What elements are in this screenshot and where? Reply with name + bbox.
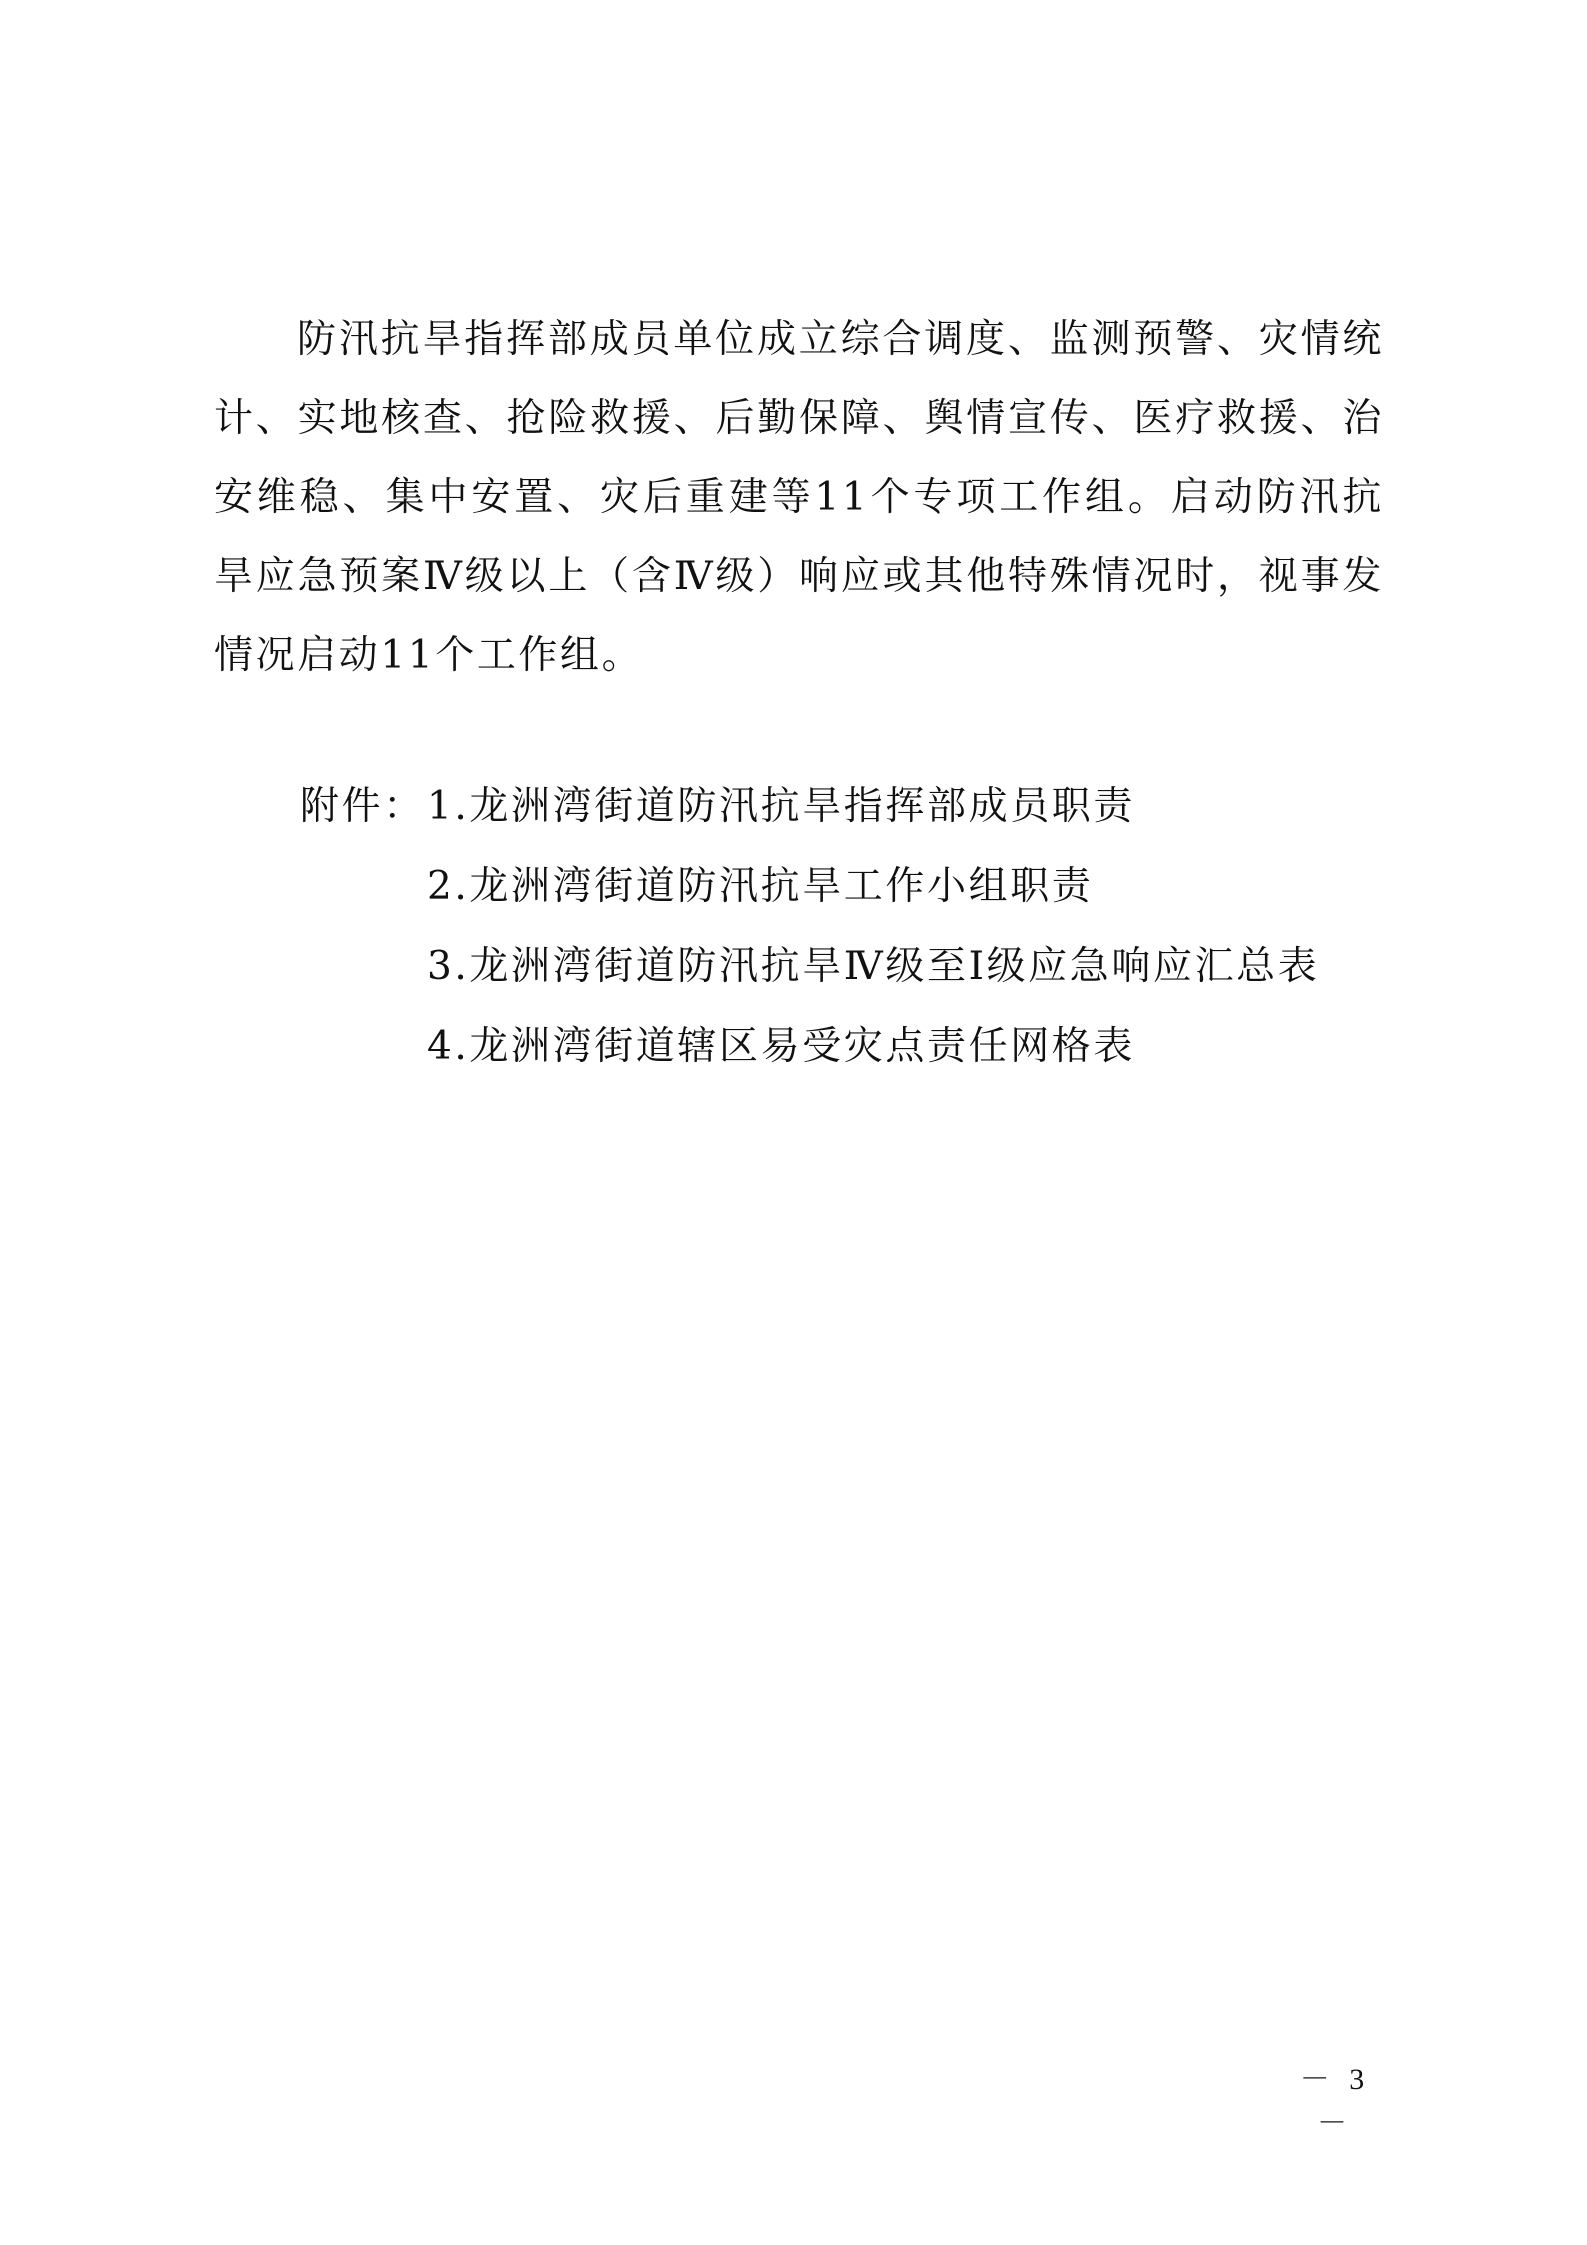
document-page: 防汛抗旱指挥部成员单位成立综合调度、监测预警、灾情统计、实地核查、抢险救援、后勤… bbox=[0, 0, 1587, 2245]
attachment-title: 4.龙洲湾街道辖区易受灾点责任网格表 bbox=[427, 1007, 1135, 1087]
attachment-item: 4.龙洲湾街道辖区易受灾点责任网格表 bbox=[300, 1007, 1400, 1087]
attachment-title: 2.龙洲湾街道防汛抗旱工作小组职责 bbox=[427, 847, 1093, 927]
body-paragraph: 防汛抗旱指挥部成员单位成立综合调度、监测预警、灾情统计、实地核查、抢险救援、后勤… bbox=[214, 300, 1384, 695]
attachments-list: 附件： 1.龙洲湾街道防汛抗旱指挥部成员职责 2.龙洲湾街道防汛抗旱工作小组职责… bbox=[300, 767, 1400, 1087]
indent-spacer bbox=[300, 927, 427, 1007]
attachment-title: 3.龙洲湾街道防汛抗旱Ⅳ级至Ⅰ级应急响应汇总表 bbox=[427, 927, 1319, 1007]
page-number: － 3 － bbox=[1285, 2058, 1385, 2146]
indent-spacer bbox=[300, 1007, 427, 1087]
attachments-label: 附件： bbox=[300, 767, 427, 847]
attachment-item: 3.龙洲湾街道防汛抗旱Ⅳ级至Ⅰ级应急响应汇总表 bbox=[300, 927, 1400, 1007]
attachment-title: 1.龙洲湾街道防汛抗旱指挥部成员职责 bbox=[427, 767, 1135, 847]
attachment-item: 附件： 1.龙洲湾街道防汛抗旱指挥部成员职责 bbox=[300, 767, 1400, 847]
indent-spacer bbox=[300, 847, 427, 927]
attachment-item: 2.龙洲湾街道防汛抗旱工作小组职责 bbox=[300, 847, 1400, 927]
